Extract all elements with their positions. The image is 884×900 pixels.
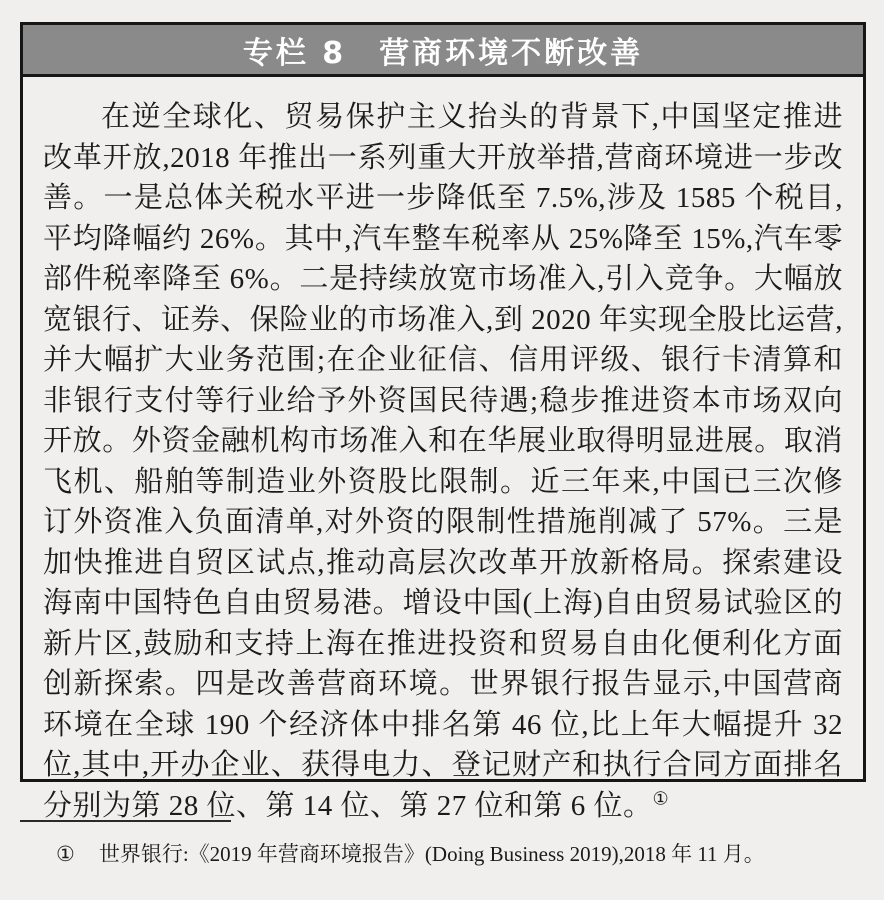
footnote: ①世界银行:《2019 年营商环境报告》(Doing Business 2019… <box>20 840 866 868</box>
footnote-separator <box>20 820 231 822</box>
footnote-marker: ① <box>56 842 75 866</box>
box-body: 在逆全球化、贸易保护主义抬头的背景下,中国坚定推进改革开放,2018 年推出一系… <box>23 77 863 826</box>
page: { "page": { "background": "#f0efee", "te… <box>0 0 884 900</box>
footnote-area: ①世界银行:《2019 年营商环境报告》(Doing Business 2019… <box>20 820 866 868</box>
box-paragraph: 在逆全球化、贸易保护主义抬头的背景下,中国坚定推进改革开放,2018 年推出一系… <box>43 97 843 826</box>
box-title: 专栏 8 营商环境不断改善 <box>243 28 643 72</box>
footnote-text: 世界银行:《2019 年营商环境报告》(Doing Business 2019)… <box>99 842 765 866</box>
box-header: 专栏 8 营商环境不断改善 <box>23 25 863 77</box>
box-paragraph-text: 在逆全球化、贸易保护主义抬头的背景下,中国坚定推进改革开放,2018 年推出一系… <box>43 101 843 822</box>
column-box: 专栏 8 营商环境不断改善 在逆全球化、贸易保护主义抬头的背景下,中国坚定推进改… <box>20 22 866 782</box>
footnote-ref-marker: ① <box>653 788 670 808</box>
